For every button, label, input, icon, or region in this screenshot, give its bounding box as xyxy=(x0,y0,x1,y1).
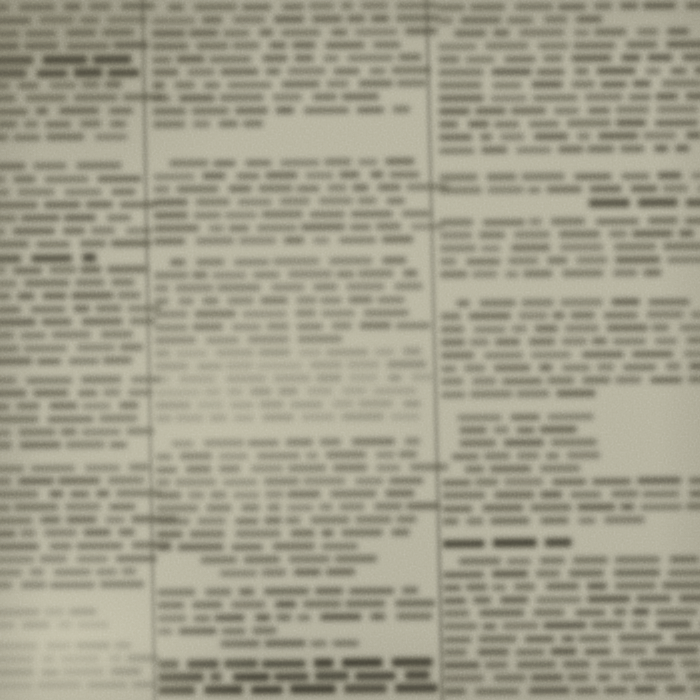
column-rule xyxy=(141,0,156,700)
newspaper-scan-page: Scanned newspaper page, out of focus — t… xyxy=(0,0,700,700)
column-rule xyxy=(425,0,444,700)
column-rules-layer xyxy=(0,0,700,700)
